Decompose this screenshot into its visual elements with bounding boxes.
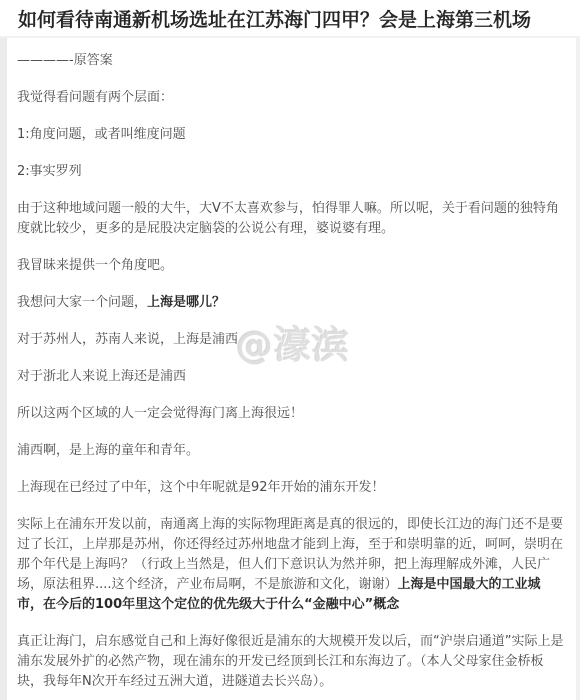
paragraph: 浦西啊，是上海的童年和青年。 (17, 441, 566, 461)
paragraph: 对于浙北人来说上海还是浦西 (17, 367, 566, 387)
paragraph-bold-text: 上海是哪儿？ (147, 295, 225, 310)
paragraph-text: 对于苏州人，苏南人来说，上海是浦西 (17, 332, 238, 347)
paragraph: ————-原答案 (17, 51, 566, 71)
paragraph-text: 由于这种地域问题一般的大牛，大V不太喜欢参与，怕得罪人嘛。所以呢，关于看问题的独… (17, 201, 559, 236)
paragraph: 我觉得看问题有两个层面： (17, 88, 566, 108)
paragraph: 对于苏州人，苏南人来说，上海是浦西 (17, 330, 566, 350)
paragraph: 由于这种地域问题一般的大牛，大V不太喜欢参与，怕得罪人嘛。所以呢，关于看问题的独… (17, 199, 566, 239)
paragraph-text: ————-原答案 (17, 53, 113, 68)
paragraph: 上海现在已经过了中年，这个中年呢就是92年开始的浦东开发！ (17, 478, 566, 498)
answer-body: ————-原答案我觉得看问题有两个层面：1:角度问题，或者叫维度问题2:事实罗列… (7, 38, 576, 700)
paragraph-text: 2:事实罗列 (17, 164, 82, 179)
paragraph-text: 我冒昧来提供一个角度吧。 (17, 258, 173, 273)
left-gutter (0, 38, 7, 700)
paragraph-text: 上海现在已经过了中年，这个中年呢就是92年开始的浦东开发！ (17, 480, 385, 495)
paragraph: 所以这两个区域的人一定会觉得海门离上海很远！ (17, 404, 566, 424)
paragraph: 我想问大家一个问题，上海是哪儿？ (17, 293, 566, 313)
paragraph-text: 1:角度问题，或者叫维度问题 (17, 127, 186, 142)
answer-paragraphs: ————-原答案我觉得看问题有两个层面：1:角度问题，或者叫维度问题2:事实罗列… (17, 51, 566, 692)
paragraph-text: 我觉得看问题有两个层面： (17, 90, 173, 105)
paragraph-text: 我想问大家一个问题， (17, 295, 147, 310)
right-gutter (576, 38, 580, 700)
paragraph: 2:事实罗列 (17, 162, 566, 182)
paragraph: 真正让海门，启东感觉自己和上海好像很近是浦东的大规模开发以后，而“沪崇启通道”实… (17, 632, 566, 692)
paragraph: 1:角度问题，或者叫维度问题 (17, 125, 566, 145)
paragraph-text: 真正让海门，启东感觉自己和上海好像很近是浦东的大规模开发以后，而“沪崇启通道”实… (17, 634, 563, 689)
paragraph-text: 所以这两个区域的人一定会觉得海门离上海很远！ (17, 406, 303, 421)
paragraph-text: 浦西啊，是上海的童年和青年。 (17, 443, 199, 458)
paragraph: 实际上在浦东开发以前，南通离上海的实际物理距离是真的很远的，即使长江边的海门还不… (17, 515, 566, 615)
page: 如何看待南通新机场选址在江苏海门四甲？会是上海第三机场吗？ ————-原答案我觉… (0, 0, 580, 700)
paragraph: 我冒昧来提供一个角度吧。 (17, 256, 566, 276)
paragraph-text: 对于浙北人来说上海还是浦西 (17, 369, 186, 384)
